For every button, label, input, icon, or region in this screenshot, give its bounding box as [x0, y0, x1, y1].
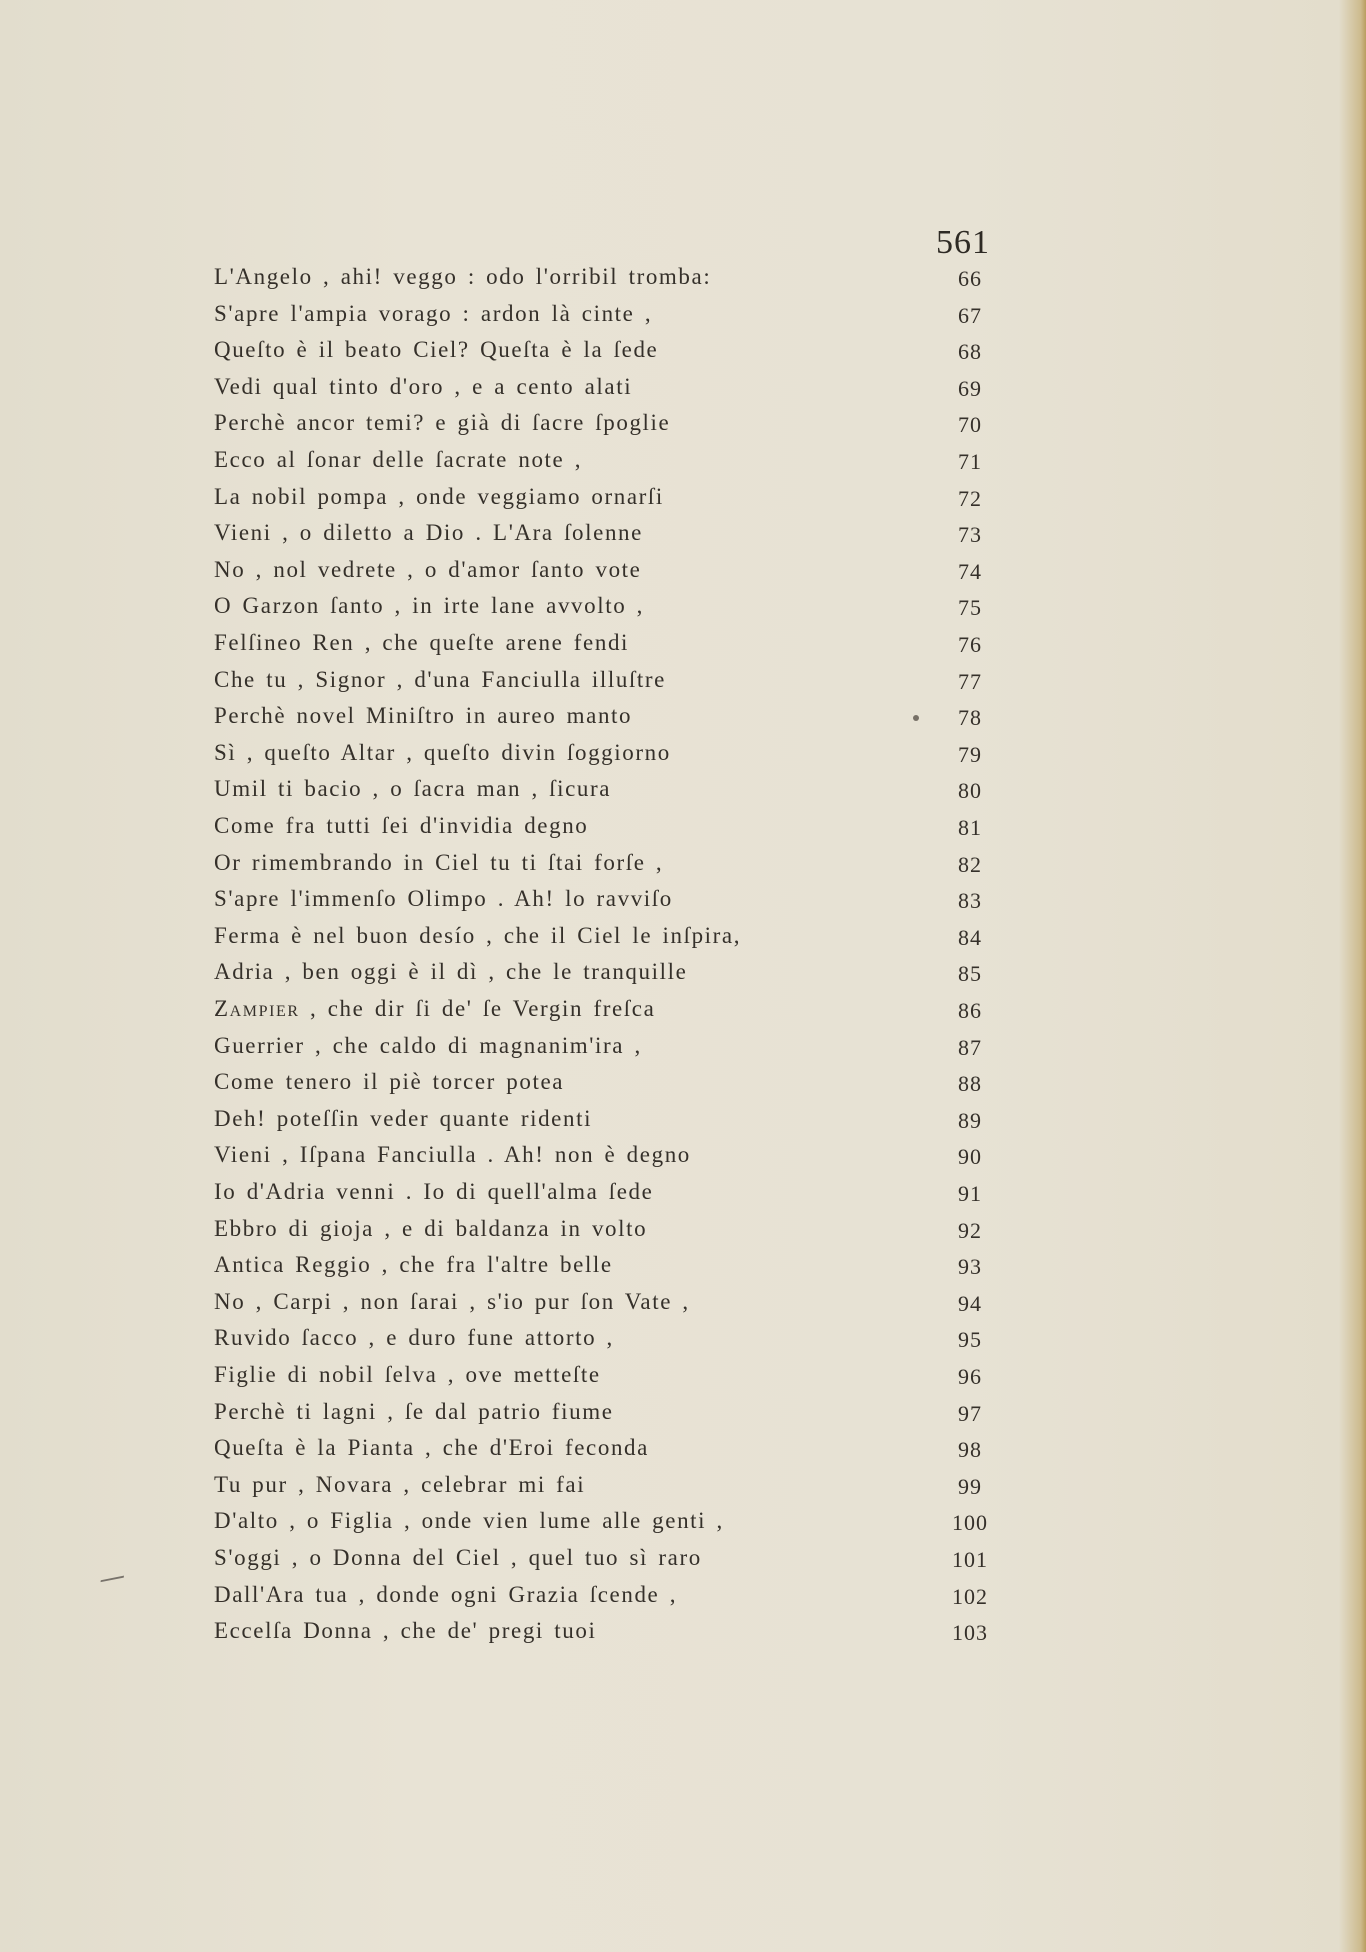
toc-entry: Vieni , o diletto a Dio . L'Ara ſolenne7… — [0, 518, 1366, 554]
toc-entry-incipit: Or rimembrando in Ciel tu ti ſtai forſe … — [214, 848, 663, 878]
toc-entry-incipit: S'apre l'immenſo Olimpo . Ah! lo ravviſo — [214, 884, 673, 914]
toc-entry: Or rimembrando in Ciel tu ti ſtai forſe … — [0, 848, 1366, 884]
toc-entry-page-number: 85 — [940, 959, 1000, 989]
toc-entry-incipit: No , Carpi , non ſarai , s'io pur ſon Va… — [214, 1287, 690, 1317]
toc-entry-incipit: Adria , ben oggi è il dì , che le tranqu… — [214, 957, 687, 987]
toc-entry: Io d'Adria venni . Io di quell'alma ſede… — [0, 1177, 1366, 1213]
toc-entry-page-number: 69 — [940, 374, 1000, 404]
toc-entry: Felſineo Ren , che queſte arene fendi76 — [0, 628, 1366, 664]
toc-entry-incipit: Queſta è la Pianta , che d'Eroi feconda — [214, 1433, 649, 1463]
toc-entry-page-number: 92 — [940, 1216, 1000, 1246]
toc-entry-incipit: La nobil pompa , onde veggiamo ornarſi — [214, 482, 664, 512]
toc-entry-incipit: Ebbro di gioja , e di baldanza in volto — [214, 1214, 647, 1244]
toc-entry-page-number: 78 — [940, 703, 1000, 733]
toc-entry: L'Angelo , ahi! veggo : odo l'orribil tr… — [0, 262, 1366, 298]
toc-entry-page-number: 98 — [940, 1435, 1000, 1465]
toc-entry-incipit: Perchè ancor temi? e già di ſacre ſpogli… — [214, 408, 670, 438]
toc-entry: No , nol vedrete , o d'amor ſanto vote74 — [0, 555, 1366, 591]
ink-speck — [913, 715, 919, 721]
toc-entry: Ruvido ſacco , e duro fune attorto ,95 — [0, 1323, 1366, 1359]
toc-entry: Perchè novel Miniſtro in aureo manto78 — [0, 701, 1366, 737]
toc-entry-incipit: No , nol vedrete , o d'amor ſanto vote — [214, 555, 641, 585]
toc-entry-incipit: Come tenero il piè torcer potea — [214, 1067, 564, 1097]
toc-entry-incipit: Che tu , Signor , d'una Fanciulla illuſt… — [214, 665, 666, 695]
toc-entry: No , Carpi , non ſarai , s'io pur ſon Va… — [0, 1287, 1366, 1323]
toc-entry-incipit: Ruvido ſacco , e duro fune attorto , — [214, 1323, 614, 1353]
toc-entry-page-number: 72 — [940, 484, 1000, 514]
toc-entry: Vedi qual tinto d'oro , e a cento alati6… — [0, 372, 1366, 408]
toc-entry-incipit: S'oggi , o Donna del Ciel , quel tuo sì … — [214, 1543, 702, 1573]
toc-entry-page-number: 79 — [940, 740, 1000, 770]
toc-entry: Umil ti bacio , o ſacra man , ſicura80 — [0, 774, 1366, 810]
book-page: 561 L'Angelo , ahi! veggo : odo l'orribi… — [0, 0, 1366, 1952]
toc-entry-page-number: 102 — [940, 1582, 1000, 1612]
toc-entry-incipit: Ferma è nel buon desío , che il Ciel le … — [214, 921, 741, 951]
toc-entry-page-number: 103 — [940, 1618, 1000, 1648]
toc-entry-incipit: Umil ti bacio , o ſacra man , ſicura — [214, 774, 611, 804]
toc-entry-page-number: 82 — [940, 850, 1000, 880]
toc-entry: Che tu , Signor , d'una Fanciulla illuſt… — [0, 665, 1366, 701]
toc-entry: Eccelſa Donna , che de' pregi tuoi103 — [0, 1616, 1366, 1652]
toc-entry-page-number: 99 — [940, 1472, 1000, 1502]
toc-entry-page-number: 66 — [940, 264, 1000, 294]
toc-entry-page-number: 88 — [940, 1069, 1000, 1099]
toc-entry-incipit: S'apre l'ampia vorago : ardon là cinte , — [214, 299, 652, 329]
toc-entry-page-number: 80 — [940, 776, 1000, 806]
toc-entry-rest: , che dir ſi de' ſe Vergin freſca — [300, 996, 656, 1021]
toc-entry: La nobil pompa , onde veggiamo ornarſi72 — [0, 482, 1366, 518]
toc-entry: Ebbro di gioja , e di baldanza in volto9… — [0, 1214, 1366, 1250]
toc-entry: Ecco al ſonar delle ſacrate note ,71 — [0, 445, 1366, 481]
toc-entry: D'alto , o Figlia , onde vien lume alle … — [0, 1506, 1366, 1542]
toc-entry-incipit: Eccelſa Donna , che de' pregi tuoi — [214, 1616, 596, 1646]
toc-entry-page-number: 70 — [940, 410, 1000, 440]
toc-entry: Guerrier , che caldo di magnanim'ira ,87 — [0, 1031, 1366, 1067]
toc-entry: S'oggi , o Donna del Ciel , quel tuo sì … — [0, 1543, 1366, 1579]
toc-entry-page-number: 91 — [940, 1179, 1000, 1209]
toc-entry-page-number: 97 — [940, 1399, 1000, 1429]
toc-entry-page-number: 76 — [940, 630, 1000, 660]
toc-entry-incipit: Zampier , che dir ſi de' ſe Vergin freſc… — [214, 994, 655, 1024]
toc-entry-page-number: 81 — [940, 813, 1000, 843]
toc-entry: Deh! poteſſin veder quante ridenti89 — [0, 1104, 1366, 1140]
toc-entry-incipit: Figlie di nobil ſelva , ove metteſte — [214, 1360, 601, 1390]
toc-entry-incipit: Dall'Ara tua , donde ogni Grazia ſcende … — [214, 1580, 677, 1610]
toc-entry: S'apre l'immenſo Olimpo . Ah! lo ravviſo… — [0, 884, 1366, 920]
toc-entry: Vieni , Iſpana Fanciulla . Ah! non è deg… — [0, 1140, 1366, 1176]
toc-entry-page-number: 68 — [940, 337, 1000, 367]
toc-entry-incipit: Queſto è il beato Ciel? Queſta è la ſede — [214, 335, 658, 365]
toc-entry: Dall'Ara tua , donde ogni Grazia ſcende … — [0, 1580, 1366, 1616]
toc-entry-incipit: O Garzon ſanto , in irte lane avvolto , — [214, 591, 644, 621]
toc-entry-incipit: Ecco al ſonar delle ſacrate note , — [214, 445, 582, 475]
toc-entry-incipit: Perchè novel Miniſtro in aureo manto — [214, 701, 632, 731]
toc-entry-page-number: 67 — [940, 301, 1000, 331]
toc-entry: S'apre l'ampia vorago : ardon là cinte ,… — [0, 299, 1366, 335]
toc-entry-page-number: 73 — [940, 520, 1000, 550]
toc-entry-incipit: Vieni , o diletto a Dio . L'Ara ſolenne — [214, 518, 643, 548]
toc-entry-page-number: 96 — [940, 1362, 1000, 1392]
toc-entry: Queſta è la Pianta , che d'Eroi feconda9… — [0, 1433, 1366, 1469]
toc-entry-incipit: Tu pur , Novara , celebrar mi fai — [214, 1470, 585, 1500]
toc-entry-page-number: 84 — [940, 923, 1000, 953]
toc-entry-incipit: D'alto , o Figlia , onde vien lume alle … — [214, 1506, 724, 1536]
toc-entry-incipit: Deh! poteſſin veder quante ridenti — [214, 1104, 592, 1134]
toc-entry-page-number: 93 — [940, 1252, 1000, 1282]
toc-entry-incipit: Come fra tutti ſei d'invidia degno — [214, 811, 588, 841]
toc-entry-page-number: 83 — [940, 886, 1000, 916]
toc-entry: Perchè ancor temi? e già di ſacre ſpogli… — [0, 408, 1366, 444]
toc-entry: O Garzon ſanto , in irte lane avvolto ,7… — [0, 591, 1366, 627]
toc-entry-page-number: 89 — [940, 1106, 1000, 1136]
toc-entry-page-number: 87 — [940, 1033, 1000, 1063]
toc-entry-page-number: 90 — [940, 1142, 1000, 1172]
toc-entry-page-number: 71 — [940, 447, 1000, 477]
toc-entry-incipit: Perchè ti lagni , ſe dal patrio fiume — [214, 1397, 614, 1427]
toc-entry: Sì , queſto Altar , queſto divin ſoggior… — [0, 738, 1366, 774]
toc-entry-incipit: Felſineo Ren , che queſte arene fendi — [214, 628, 629, 658]
toc-entry-smallcaps-word: Zampier — [214, 996, 300, 1021]
toc-entry: Queſto è il beato Ciel? Queſta è la ſede… — [0, 335, 1366, 371]
toc-entry: Perchè ti lagni , ſe dal patrio fiume97 — [0, 1397, 1366, 1433]
toc-entry: Come tenero il piè torcer potea88 — [0, 1067, 1366, 1103]
toc-entry: Tu pur , Novara , celebrar mi fai99 — [0, 1470, 1366, 1506]
toc-entry: Zampier , che dir ſi de' ſe Vergin freſc… — [0, 994, 1366, 1030]
toc-entry-page-number: 100 — [940, 1508, 1000, 1538]
toc-entry-page-number: 95 — [940, 1325, 1000, 1355]
toc-entry: Adria , ben oggi è il dì , che le tranqu… — [0, 957, 1366, 993]
toc-entry: Ferma è nel buon desío , che il Ciel le … — [0, 921, 1366, 957]
toc-entry-page-number: 101 — [940, 1545, 1000, 1575]
toc-entry: Figlie di nobil ſelva , ove metteſte96 — [0, 1360, 1366, 1396]
toc-entry-incipit: Io d'Adria venni . Io di quell'alma ſede — [214, 1177, 653, 1207]
toc-entry-incipit: Sì , queſto Altar , queſto divin ſoggior… — [214, 738, 671, 768]
toc-entry-page-number: 86 — [940, 996, 1000, 1026]
toc-entry-incipit: Vedi qual tinto d'oro , e a cento alati — [214, 372, 632, 402]
toc-entry: Antica Reggio , che fra l'altre belle93 — [0, 1250, 1366, 1286]
toc-entry: Come fra tutti ſei d'invidia degno81 — [0, 811, 1366, 847]
toc-entry-page-number: 94 — [940, 1289, 1000, 1319]
toc-entry-incipit: Guerrier , che caldo di magnanim'ira , — [214, 1031, 642, 1061]
toc-entry-incipit: L'Angelo , ahi! veggo : odo l'orribil tr… — [214, 262, 711, 292]
toc-entry-incipit: Antica Reggio , che fra l'altre belle — [214, 1250, 613, 1280]
toc-entry-page-number: 75 — [940, 593, 1000, 623]
page-number: 561 — [936, 224, 990, 262]
toc-entry-page-number: 74 — [940, 557, 1000, 587]
toc-entry-page-number: 77 — [940, 667, 1000, 697]
toc-entry-incipit: Vieni , Iſpana Fanciulla . Ah! non è deg… — [214, 1140, 691, 1170]
